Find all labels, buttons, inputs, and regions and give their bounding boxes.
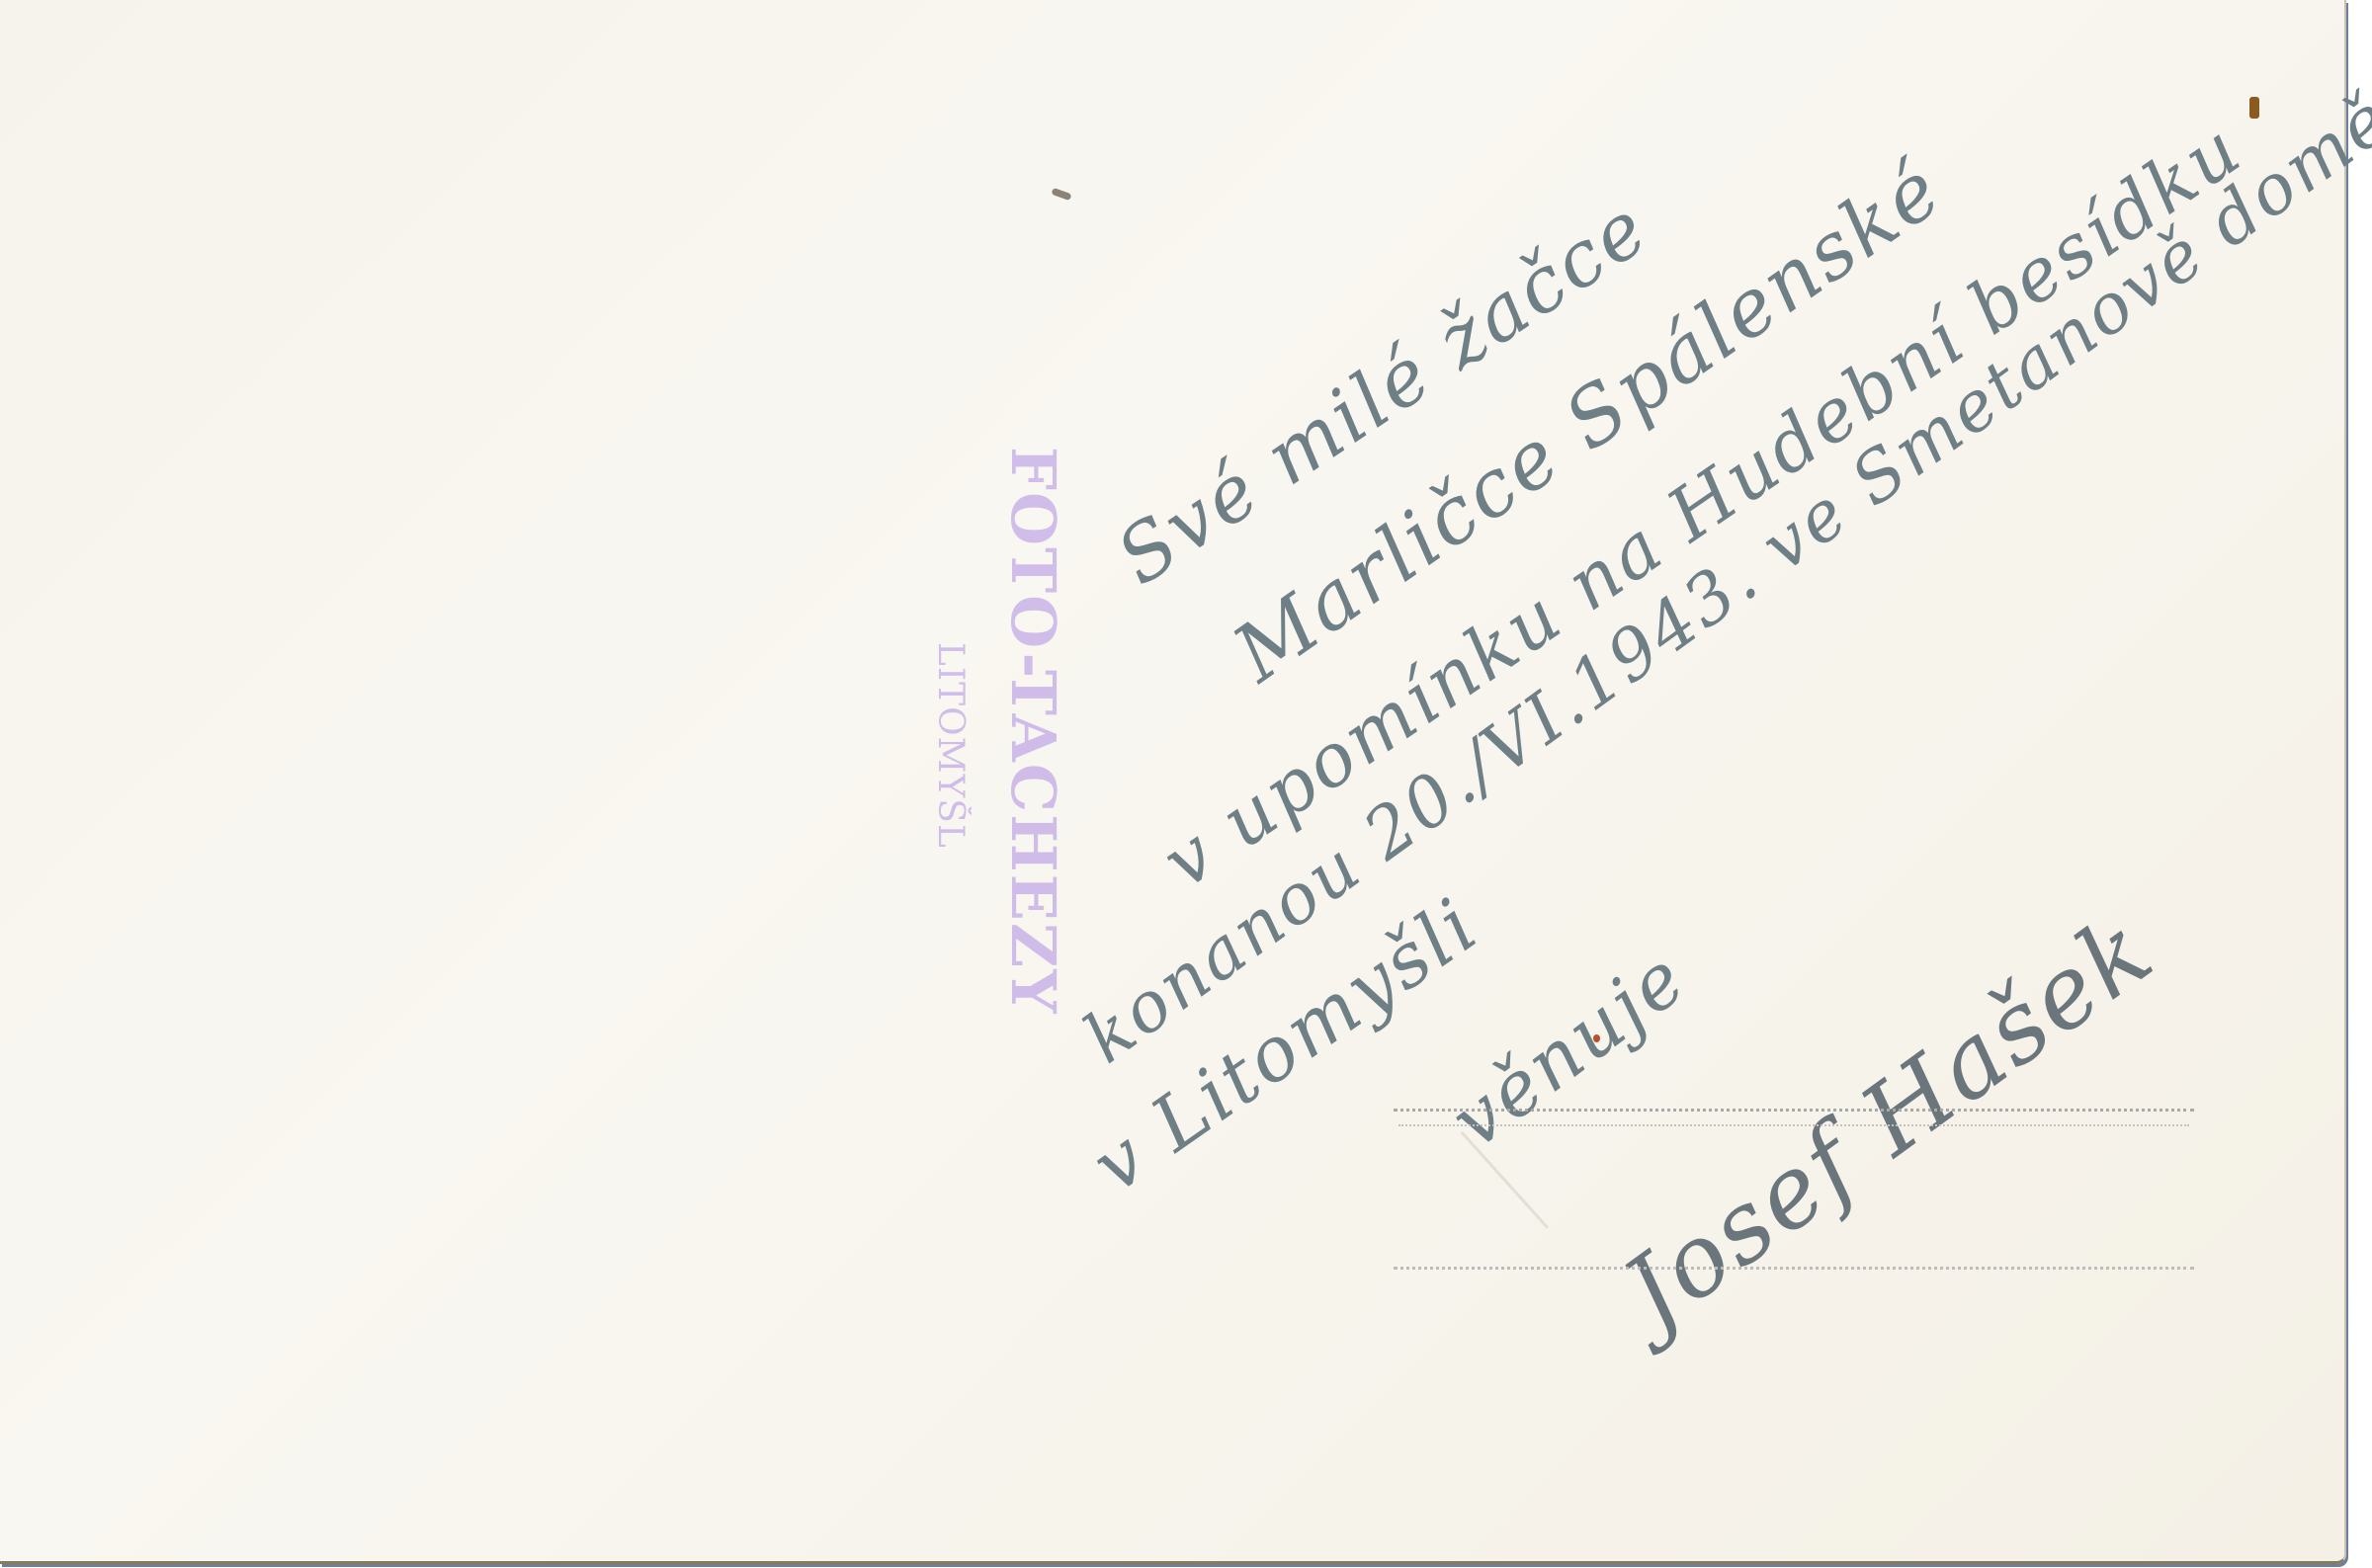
dedication-line-4: konanou 20./VI.1943. ve Smetanově domě [1069,77,2372,1079]
dotted-line-upper [1394,1109,2194,1112]
dedication-line-6: věnuje [1434,933,1702,1165]
pencil-smudge-mark [1051,188,1071,201]
photo-back-card: FOTO-TACHEZY LITOMYŠL Své milé žačce Mar… [0,0,2346,1564]
dotted-line-upper-secondary [1398,1124,2189,1126]
dotted-line-lower [1394,1267,2194,1270]
red-speck-mark [1593,1034,1600,1042]
stamp-town: LITOMYŠL [930,642,971,849]
signature: Josef Hašek [1602,891,2174,1351]
dedication-line-3: v upomínku na Hudební besídku [1147,106,2257,905]
ink-blot-mark [2249,97,2259,119]
photographer-stamp: FOTO-TACHEZY [997,447,1069,1015]
